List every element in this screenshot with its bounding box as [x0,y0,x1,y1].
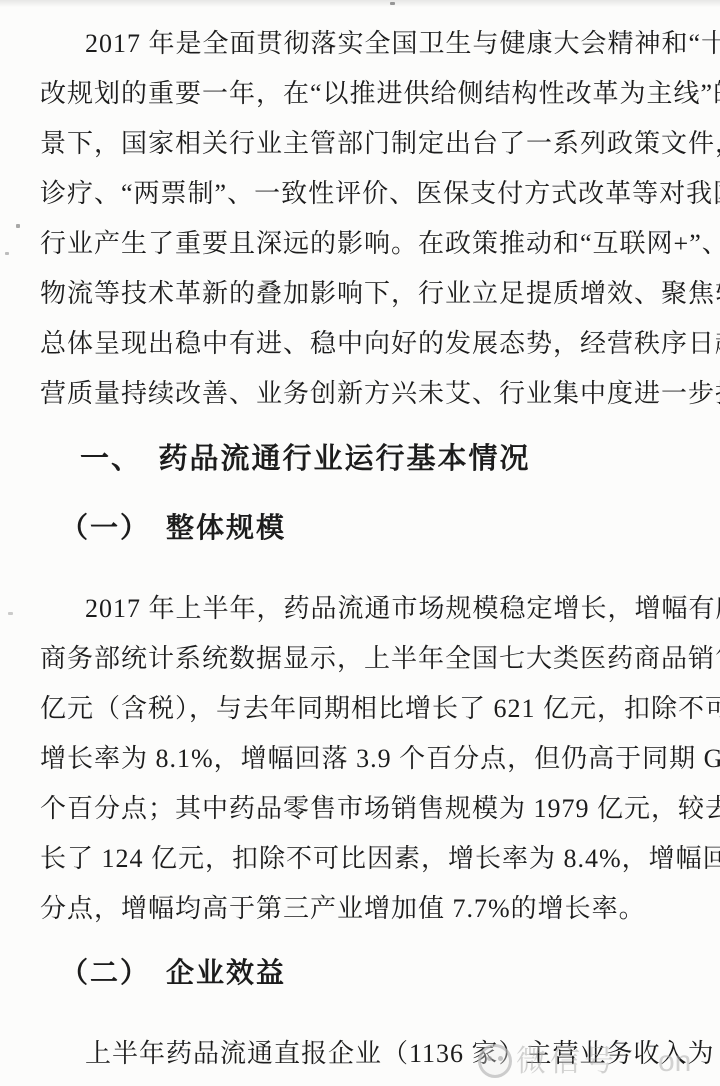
text-line: 2017 年上半年，药品流通市场规模稳定增长，增幅有所回落。据 [40,584,686,634]
text-line: 行业产生了重要且深远的影响。在政策推动和“互联网+”、现代医药 [40,219,686,269]
text-line: 长了 124 亿元，扣除不可比因素，增长率为 8.4%，增幅回落 1.7 个百 [40,834,686,884]
text-line: 景下，国家相关行业主管部门制定出台了一系列政策文件，其中分级 [40,119,686,169]
scanned-document-page: 2017 年是全面贯彻落实全国卫生与健康大会精神和“十三五”医 改规划的重要一年… [0,0,720,1086]
text-line: 商务部统计系统数据显示，上半年全国七大类医药商品销售总额 9894 [40,634,686,684]
text-line: 营质量持续改善、业务创新方兴未艾、行业集中度进一步提高。 [40,369,686,419]
section-heading-1: 一、 药品流通行业运行基本情况 [80,434,686,484]
subsection-heading-1: （一） 整体规模 [60,504,686,554]
text-line: 分点，增幅均高于第三产业增加值 7.7%的增长率。 [40,884,686,934]
document-content: 2017 年是全面贯彻落实全国卫生与健康大会精神和“十三五”医 改规划的重要一年… [40,0,686,1079]
text-line: 2017 年是全面贯彻落实全国卫生与健康大会精神和“十三五”医 [40,19,686,69]
text-line: 改规划的重要一年，在“以推进供给侧结构性改革为主线”的时代背 [40,69,686,119]
paragraph-enterprise-benefit: 上半年药品流通直报企业（1136 家）主营业务收入为 6850 亿元 [40,1029,686,1079]
text-line: 诊疗、“两票制”、一致性评价、医保支付方式改革等对我国药品流通 [40,169,686,219]
scan-speck [16,224,20,228]
paragraph-overall-scale: 2017 年上半年，药品流通市场规模稳定增长，增幅有所回落。据 商务部统计系统数… [40,584,686,934]
text-line: 个百分点；其中药品零售市场销售规模为 1979 亿元，较去年同期增 [40,784,686,834]
paragraph-intro: 2017 年是全面贯彻落实全国卫生与健康大会精神和“十三五”医 改规划的重要一年… [40,19,686,419]
text-line: 上半年药品流通直报企业（1136 家）主营业务收入为 6850 亿元 [40,1029,686,1079]
text-line: 亿元（含税），与去年同期相比增长了 621 亿元，扣除不可比因素， [40,684,686,734]
text-line: 物流等技术革新的叠加影响下，行业立足提质增效、聚焦转型升级， [40,269,686,319]
text-line: 增长率为 8.1%，增幅回落 3.9 个百分点，但仍高于同期 GDP 增速 1.… [40,734,686,784]
scan-speck [8,612,13,615]
scan-speck [5,252,9,255]
text-line: 总体呈现出稳中有进、稳中向好的发展态势，经营秩序日趋好转、经 [40,319,686,369]
subsection-heading-2: （二） 企业效益 [60,949,686,999]
